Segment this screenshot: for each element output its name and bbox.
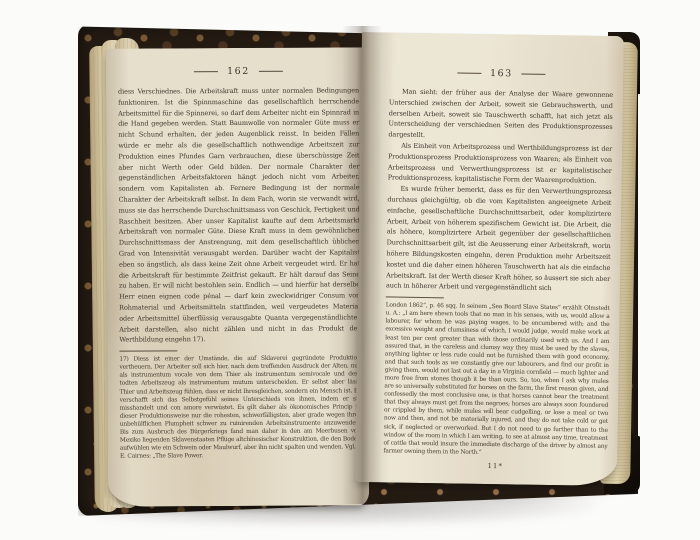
- right-page-footnote: London 1862“, p. 46 sqq. In seinem „Sea …: [383, 302, 609, 459]
- right-page-content: 163 Man sieht: der früher aus der Analys…: [355, 32, 624, 472]
- header-dash: [522, 74, 546, 75]
- left-page-content: 162 diess Verschiednes. Die Arbeitskraft…: [106, 47, 369, 461]
- left-page-body: diess Verschiednes. Die Arbeitskraft mus…: [118, 85, 360, 345]
- right-page-body: Man sieht: der früher aus der Analyse de…: [386, 86, 613, 295]
- photo-background: 162 diess Verschiednes. Die Arbeitskraft…: [0, 0, 700, 540]
- left-page-header: 162: [118, 65, 359, 77]
- header-dash: [194, 71, 218, 72]
- signature-mark: 11*: [383, 460, 607, 472]
- left-page: 162 diess Verschiednes. Die Arbeitskraft…: [106, 47, 369, 506]
- footnote-rule: [386, 297, 444, 299]
- paragraph: Es wurde früher bemerkt, dass es für den…: [386, 184, 612, 295]
- right-page: 163 Man sieht: der früher aus der Analys…: [355, 32, 624, 486]
- right-page-number: 163: [490, 68, 513, 79]
- left-page-footnote: 17) Diess ist einer der Umstände, die au…: [119, 354, 361, 460]
- header-dash: [259, 71, 283, 72]
- paragraph: Als Einheit von Arbeitsprozess und Werth…: [388, 140, 613, 187]
- paragraph: Man sieht: der früher aus der Analyse de…: [388, 86, 613, 143]
- header-dash: [457, 72, 481, 73]
- footnote-rule: [119, 350, 177, 351]
- left-page-number: 162: [227, 66, 250, 77]
- right-page-header: 163: [389, 66, 613, 81]
